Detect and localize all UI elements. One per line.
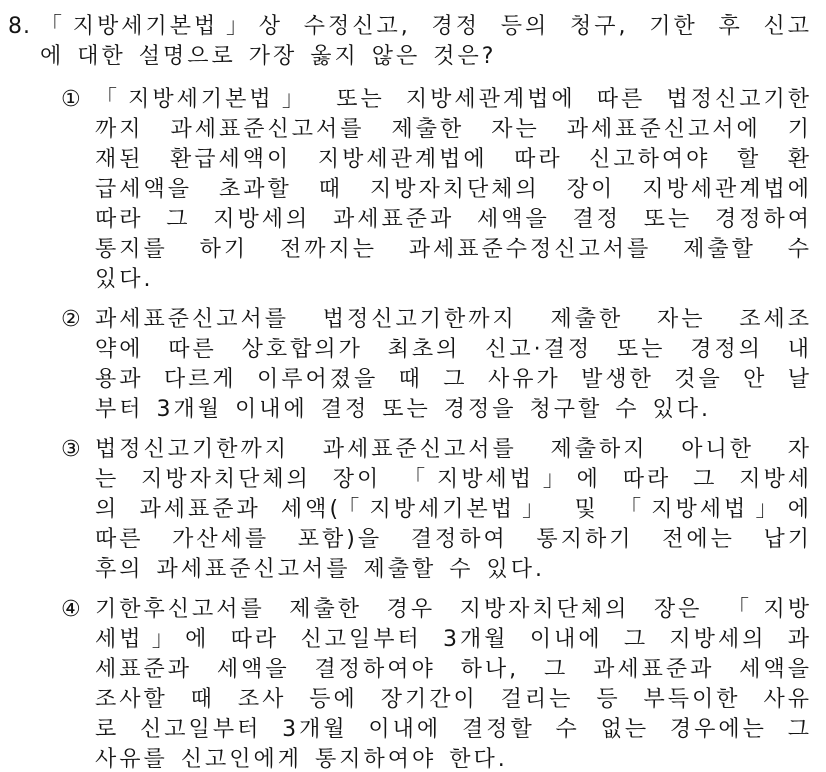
text-line: 있다. bbox=[95, 265, 812, 295]
text-line: 부터 3개월 이내에 결정 또는 경정을 청구할 수 있다. bbox=[95, 395, 812, 425]
text-line: 기한후신고서를 제출한 경우 지방자치단체의 장은 「지방 bbox=[95, 595, 812, 625]
option-1-marker: ① bbox=[61, 85, 95, 115]
text-line: 급세액을 초과할 때 지방자치단체의 장이 지방세관계법에 bbox=[95, 175, 812, 205]
text-line: 「지방세기본법」상 수정신고, 경정 등의 청구, 기한 후 신고 bbox=[40, 12, 812, 42]
text-line: 에 대한 설명으로 가장 옳지 않은 것은? bbox=[40, 42, 812, 72]
text-line: 재된 환급세액이 지방세관계법에 따라 신고하여야 할 환 bbox=[95, 145, 812, 175]
text-line: 사유를 신고인에게 통지하여야 한다. bbox=[95, 745, 812, 772]
text-line: 로 신고일부터 3개월 이내에 결정할 수 없는 경우에는 그 bbox=[95, 715, 812, 745]
text-line: 약에 따른 상호합의가 최초의 신고·결정 또는 경정의 내 bbox=[95, 335, 812, 365]
option-2-marker: ② bbox=[61, 305, 95, 335]
text-line: 조사할 때 조사 등에 장기간이 걸리는 등 부득이한 사유 bbox=[95, 685, 812, 715]
option-1: ① 「지방세기본법」 또는 지방세관계법에 따른 법정신고기한까지 과세표준신고… bbox=[8, 85, 812, 295]
text-line: 까지 과세표준신고서를 제출한 자는 과세표준신고서에 기 bbox=[95, 115, 812, 145]
text-line: 「지방세기본법」 또는 지방세관계법에 따른 법정신고기한 bbox=[95, 85, 812, 115]
options-list: ① 「지방세기본법」 또는 지방세관계법에 따른 법정신고기한까지 과세표준신고… bbox=[8, 85, 812, 772]
question-stem-row: 8. 「지방세기본법」상 수정신고, 경정 등의 청구, 기한 후 신고에 대한… bbox=[8, 12, 812, 72]
text-line: 는 지방자치단체의 장이 「지방세법」에 따라 그 지방세 bbox=[95, 465, 812, 495]
option-2: ② 과세표준신고서를 법정신고기한까지 제출한 자는 조세조약에 따른 상호합의… bbox=[8, 305, 812, 425]
text-line: 세표준과 세액을 결정하여야 하나, 그 과세표준과 세액을 bbox=[95, 655, 812, 685]
option-3-text: 법정신고기한까지 과세표준신고서를 제출하지 아니한 자는 지방자치단체의 장이… bbox=[95, 435, 812, 585]
text-line: 후의 과세표준신고서를 제출할 수 있다. bbox=[95, 555, 812, 585]
option-4-text: 기한후신고서를 제출한 경우 지방자치단체의 장은 「지방세법」에 따라 신고일… bbox=[95, 595, 812, 772]
question-number: 8. bbox=[8, 12, 40, 42]
text-line: 세법」에 따라 신고일부터 3개월 이내에 그 지방세의 과 bbox=[95, 625, 812, 655]
option-3-marker: ③ bbox=[61, 435, 95, 465]
option-4: ④ 기한후신고서를 제출한 경우 지방자치단체의 장은 「지방세법」에 따라 신… bbox=[8, 595, 812, 772]
text-line: 따라 그 지방세의 과세표준과 세액을 결정 또는 경정하여 bbox=[95, 205, 812, 235]
exam-page: 8. 「지방세기본법」상 수정신고, 경정 등의 청구, 기한 후 신고에 대한… bbox=[0, 0, 826, 772]
text-line: 법정신고기한까지 과세표준신고서를 제출하지 아니한 자 bbox=[95, 435, 812, 465]
text-line: 용과 다르게 이루어졌을 때 그 사유가 발생한 것을 안 날 bbox=[95, 365, 812, 395]
option-2-text: 과세표준신고서를 법정신고기한까지 제출한 자는 조세조약에 따른 상호합의가 … bbox=[95, 305, 812, 425]
text-line: 통지를 하기 전까지는 과세표준수정신고서를 제출할 수 bbox=[95, 235, 812, 265]
text-line: 과세표준신고서를 법정신고기한까지 제출한 자는 조세조 bbox=[95, 305, 812, 335]
text-line: 따른 가산세를 포함)을 결정하여 통지하기 전에는 납기 bbox=[95, 525, 812, 555]
question-stem: 「지방세기본법」상 수정신고, 경정 등의 청구, 기한 후 신고에 대한 설명… bbox=[40, 12, 812, 72]
option-3: ③ 법정신고기한까지 과세표준신고서를 제출하지 아니한 자는 지방자치단체의 … bbox=[8, 435, 812, 585]
text-line: 의 과세표준과 세액(「지방세기본법」 및 「지방세법」에 bbox=[95, 495, 812, 525]
option-4-marker: ④ bbox=[61, 595, 95, 625]
option-1-text: 「지방세기본법」 또는 지방세관계법에 따른 법정신고기한까지 과세표준신고서를… bbox=[95, 85, 812, 295]
question-block: 8. 「지방세기본법」상 수정신고, 경정 등의 청구, 기한 후 신고에 대한… bbox=[8, 12, 812, 772]
